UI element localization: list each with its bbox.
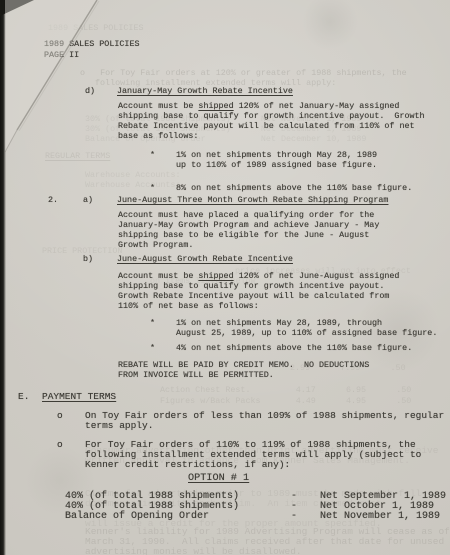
bullet-star: * — [150, 151, 155, 161]
bullet-2b1-line2: August 25, 1989, up to 110% of assigned … — [176, 329, 437, 339]
payment-o1-line2: terms apply. — [85, 421, 153, 432]
payment-table-due: Net November 1, 1989 — [320, 511, 440, 523]
bullet-2b2-line1: 4% on net shipments above the 110% base … — [176, 344, 412, 354]
bullet-o: o — [57, 440, 63, 451]
para-d-line4: base as follows: — [118, 132, 198, 142]
bullet-star: * — [150, 319, 155, 329]
section-d-heading: January-May Growth Rebate Incentive — [117, 87, 293, 97]
option-heading: OPTION # 1 — [188, 473, 249, 485]
scanned-document-page: 1989 SALES POLICIESo For Toy Fair orders… — [0, 0, 450, 555]
bullet-d1-line2: up to 110% of 1989 assigned base figure. — [176, 161, 377, 171]
section-e-heading: PAYMENT TERMS — [42, 392, 116, 403]
payment-o2-line3: Kenner credit restrictions, if any): — [85, 460, 290, 471]
ghost-figures-row3: Figures w/Back Packs 4.49 4.95 .50 — [160, 397, 411, 407]
bullet-d2-line1: 8% on net shipments above the 110% base … — [176, 184, 412, 194]
ghost-warehouse-line2: Warehouse Accounts: — [85, 181, 181, 191]
bullet-o: o — [57, 411, 63, 422]
section-2a-heading: June-August Three Month Growth Rebate Sh… — [117, 196, 388, 206]
payment-table-dash: - — [291, 511, 297, 523]
bullet-star: * — [150, 184, 155, 194]
section-2-number: 2. — [48, 196, 58, 206]
page-fold-crease — [0, 0, 130, 175]
bullet-star: * — [150, 344, 155, 354]
section-e-label: E. — [18, 392, 29, 403]
para-2a-line4: Growth Program. — [118, 241, 193, 251]
section-2b-label: b) — [83, 255, 93, 265]
ghost-figures-row2: Action Chest Rest. 4.17 6.95 .50 — [160, 386, 411, 396]
payment-table-item: Balance of Opening Order — [65, 511, 209, 523]
ghost-liability-line3: advertising monies will be disallowed. — [85, 547, 302, 555]
rebate-note-line2: FROM INVOICE WILL BE PERMITTED. — [118, 371, 274, 381]
section-2a-label: a) — [83, 196, 93, 206]
para-2b-line4: 110% of net base as follows: — [118, 302, 259, 312]
section-2b-heading: June-August Growth Rebate Incentive — [117, 255, 293, 265]
